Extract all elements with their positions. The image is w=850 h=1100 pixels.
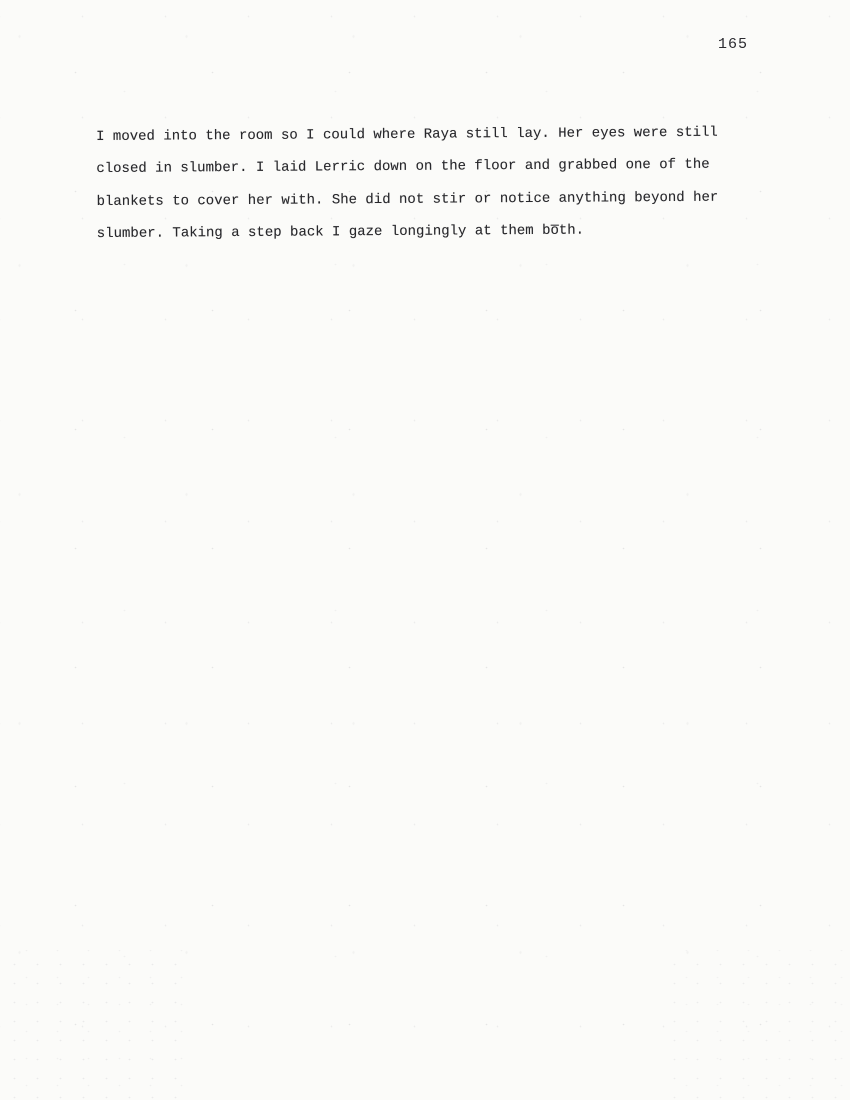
paragraph-line: blankets to cover her with. She did not … (96, 181, 756, 218)
paragraph-line: I moved into the room so I could where R… (96, 116, 756, 153)
paragraph-line: closed in slumber. I laid Lerric down on… (96, 149, 756, 186)
page-number: 165 (718, 36, 748, 53)
paragraph-line: slumber. Taking a step back I gaze longi… (97, 213, 757, 250)
typewritten-paragraph: I moved into the room so I could where R… (96, 116, 757, 250)
scan-noise-corner-bottom-right (660, 950, 850, 1100)
scanned-manuscript-page: 165 I moved into the room so I could whe… (0, 0, 850, 1100)
scan-noise-corner-bottom-left (0, 950, 190, 1100)
